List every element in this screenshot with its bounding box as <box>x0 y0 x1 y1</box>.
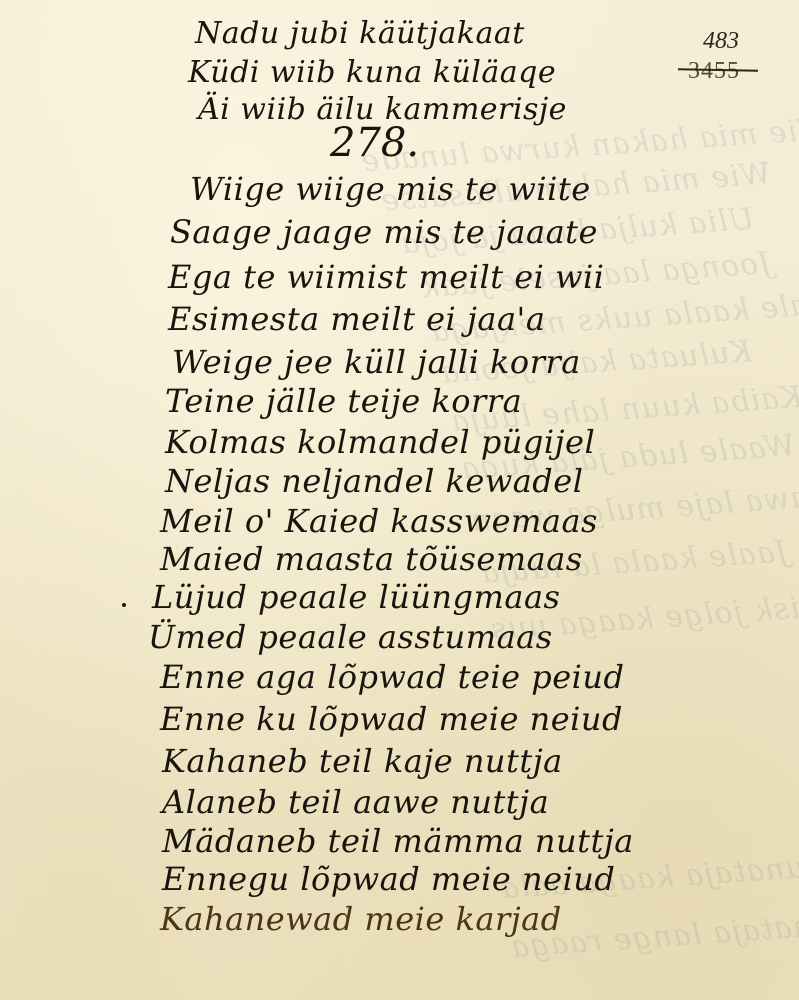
verse-line: Alaneb teil aawe nuttja <box>162 783 549 821</box>
verse-line: Kolmas kolmandel pügijel <box>165 423 595 461</box>
verse-line: Saage jaage mis te jaaate <box>170 213 598 251</box>
verse-line: Ümed peaale asstumaas <box>148 618 553 656</box>
manuscript-page: Wie mia hakan kurwa lunade Wie mia hakan… <box>0 0 799 1000</box>
verse-line: Ennegu lõpwad meie neiud <box>162 860 615 898</box>
header-line-1: Nadu jubi käütjakaat <box>195 16 525 51</box>
verse-line: Weige jee küll jalli korra <box>172 343 581 381</box>
verse-line: Wiige wiige mis te wiite <box>190 170 591 208</box>
header-line-2: Küdi wiib kuna küläaqe <box>188 55 556 90</box>
verse-line: Enne ku lõpwad meie neiud <box>160 700 623 738</box>
verse-line: Esimesta meilt ei jaa'a <box>168 300 545 338</box>
archive-old-number-struck: 3455 <box>688 58 740 85</box>
verse-line: Teine jälle teije korra <box>165 382 522 420</box>
song-number: 278. <box>330 120 419 166</box>
verse-line: Ega te wiimist meilt ei wii <box>168 258 604 296</box>
archive-page-number: 483 <box>703 28 739 55</box>
verse-line: Neljas neljandel kewadel <box>165 462 583 500</box>
verse-line: Kahaneb teil kaje nuttja <box>162 742 563 780</box>
verse-line: Enne aga lõpwad teie peiud <box>160 658 625 696</box>
verse-line: Lüjud peaale lüüngmaas <box>152 578 560 616</box>
verse-line: Kahanewad meie karjad <box>160 900 562 938</box>
verse-line: Meil o' Kaied kasswemaas <box>160 502 598 540</box>
verse-line: Maied maasta tõüsemaas <box>160 540 583 578</box>
margin-mark <box>122 603 126 607</box>
verse-line: Mädaneb teil mämma nuttja <box>162 822 634 860</box>
